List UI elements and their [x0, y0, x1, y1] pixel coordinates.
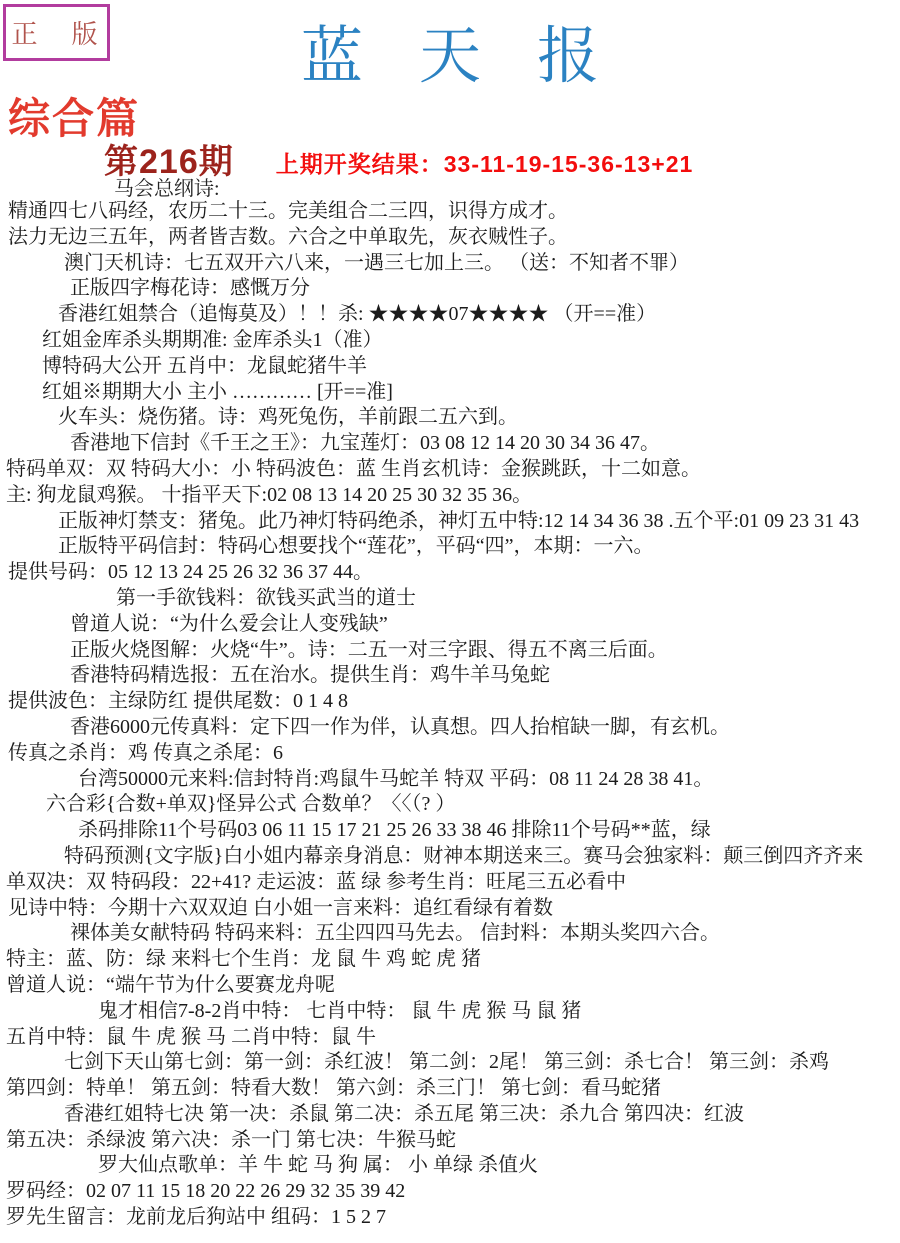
body-line: 罗大仙点歌单：羊 牛 蛇 马 狗 属： 小 单绿 杀值火: [6, 1153, 900, 1179]
body-line: 第五决：杀绿波 第六决：杀一门 第七决：牛猴马蛇: [6, 1128, 900, 1154]
poem-heading: 马会总纲诗:: [114, 172, 220, 201]
body-line: 香港特码精选报：五在治水。提供生肖：鸡牛羊马兔蛇: [6, 663, 900, 689]
body-lines: 精通四七八码经，农历二十三。完美组合二三四，识得方成才。法力无边三五年，两者皆吉…: [6, 199, 900, 1231]
body-line: 七剑下天山第七剑：第一剑：杀红波！ 第二剑：2尾！ 第三剑：杀七合！ 第三剑：杀…: [6, 1050, 900, 1076]
body-line: 传真之杀肖：鸡 传真之杀尾：6: [6, 741, 900, 767]
body-line: 澳门天机诗：七五双开六八来，一遇三七加上三。 （送：不知者不罪）: [6, 251, 900, 277]
body-line: 博特码大公开 五肖中：龙鼠蛇猪牛羊: [6, 354, 900, 380]
body-line: 见诗中特：今期十六双双迫 白小姐一言来料：追红看绿有着数: [6, 896, 900, 922]
body-line: 正版火烧图解：火烧“牛”。诗：二五一对三字跟、得五不离三后面。: [6, 638, 900, 664]
body-line: 杀码排除11个号码03 06 11 15 17 21 25 26 33 38 4…: [6, 818, 900, 844]
body-line: 特码预测{文字版}白小姐内幕亲身消息：财神本期送来三。赛马会独家料：颠三倒四齐齐…: [6, 844, 900, 870]
body-line: 罗码经：02 07 11 15 18 20 22 26 29 32 35 39 …: [6, 1179, 900, 1205]
body-line: 香港地下信封《千王之王》：九宝莲灯：03 08 12 14 20 30 34 3…: [6, 431, 900, 457]
body-line: 精通四七八码经，农历二十三。完美组合二三四，识得方成才。: [6, 199, 900, 225]
body-line: 主: 狗龙鼠鸡猴。 十指平天下:02 08 13 14 20 25 30 32 …: [6, 483, 900, 509]
body-line: 香港6000元传真料：定下四一作为伴，认真想。四人抬棺缺一脚，有玄机。: [6, 715, 900, 741]
body-line: 提供波色：主绿防红 提供尾数：0 1 4 8: [6, 689, 900, 715]
body-line: 香港红姐特七决 第一决：杀鼠 第二决：杀五尾 第三决：杀九合 第四决：红波: [6, 1102, 900, 1128]
body-line: 特码单双：双 特码大小：小 特码波色：蓝 生肖玄机诗：金猴跳跃，十二如意。: [6, 457, 900, 483]
lottery-tip-sheet: 正 版 蓝天报 综合篇 第216期 上期开奖结果：33-11-19-15-36-…: [0, 0, 900, 1243]
body-line: 香港红姐禁合（追悔莫及）！！杀: ★★★★07★★★★ （开==准）: [6, 302, 900, 328]
body-line: 火车头：烧伤猪。诗：鸡死兔伤，羊前跟二五六到。: [6, 405, 900, 431]
body-line: 五肖中特：鼠 牛 虎 猴 马 二肖中特：鼠 牛: [6, 1025, 900, 1051]
last-draw-result: 上期开奖结果：33-11-19-15-36-13+21: [276, 146, 694, 183]
body-line: 第一手欲钱料：欲钱买武当的道士: [6, 586, 900, 612]
body-line: 鬼才相信7-8-2肖中特： 七肖中特： 鼠 牛 虎 猴 马 鼠 猪: [6, 999, 900, 1025]
body-line: 正版四字梅花诗：感慨万分: [6, 276, 900, 302]
body-line: 特主：蓝、防：绿 来料七个生肖：龙 鼠 牛 鸡 蛇 虎 猪: [6, 947, 900, 973]
body-line: 正版神灯禁支：猪兔。此乃神灯特码绝杀，神灯五中特:12 14 34 36 38 …: [6, 509, 900, 535]
body-line: 正版特平码信封：特码心想要找个“莲花”，平码“四”，本期：一六。: [6, 534, 900, 560]
body-line: 提供号码：05 12 13 24 25 26 32 36 37 44。: [6, 560, 900, 586]
body-line: 单双决：双 特码段：22+41? 走运波：蓝 绿 参考生肖：旺尾三五必看中: [6, 870, 900, 896]
paper-title: 蓝天报: [0, 6, 900, 95]
body-line: 台湾50000元来料:信封特肖:鸡鼠牛马蛇羊 特双 平码：08 11 24 28…: [6, 767, 900, 793]
body-line: 六合彩{合数+单双}怪异公式 合数单？〈〈（? ）: [6, 792, 900, 818]
body-line: 法力无边三五年，两者皆吉数。六合之中单取先，灰衣贼性子。: [6, 225, 900, 251]
body-line: 第四剑：特单！ 第五剑：特看大数！ 第六剑：杀三门！ 第七剑：看马蛇猪: [6, 1076, 900, 1102]
body-line: 曾道人说：“端午节为什么要赛龙舟呢: [6, 973, 900, 999]
body-line: 罗先生留言：龙前龙后狗站中 组码：1 5 2 7: [6, 1205, 900, 1231]
body-line: 红姐金库杀头期期准: 金库杀头1（准）: [6, 328, 900, 354]
body-line: 曾道人说：“为什么爱会让人变残缺”: [6, 612, 900, 638]
body-line: 裸体美女献特码 特码来料：五尘四四马先去。 信封料：本期头奖四六合。: [6, 921, 900, 947]
body-line: 红姐※期期大小 主小 ………… [开==准]: [6, 380, 900, 406]
